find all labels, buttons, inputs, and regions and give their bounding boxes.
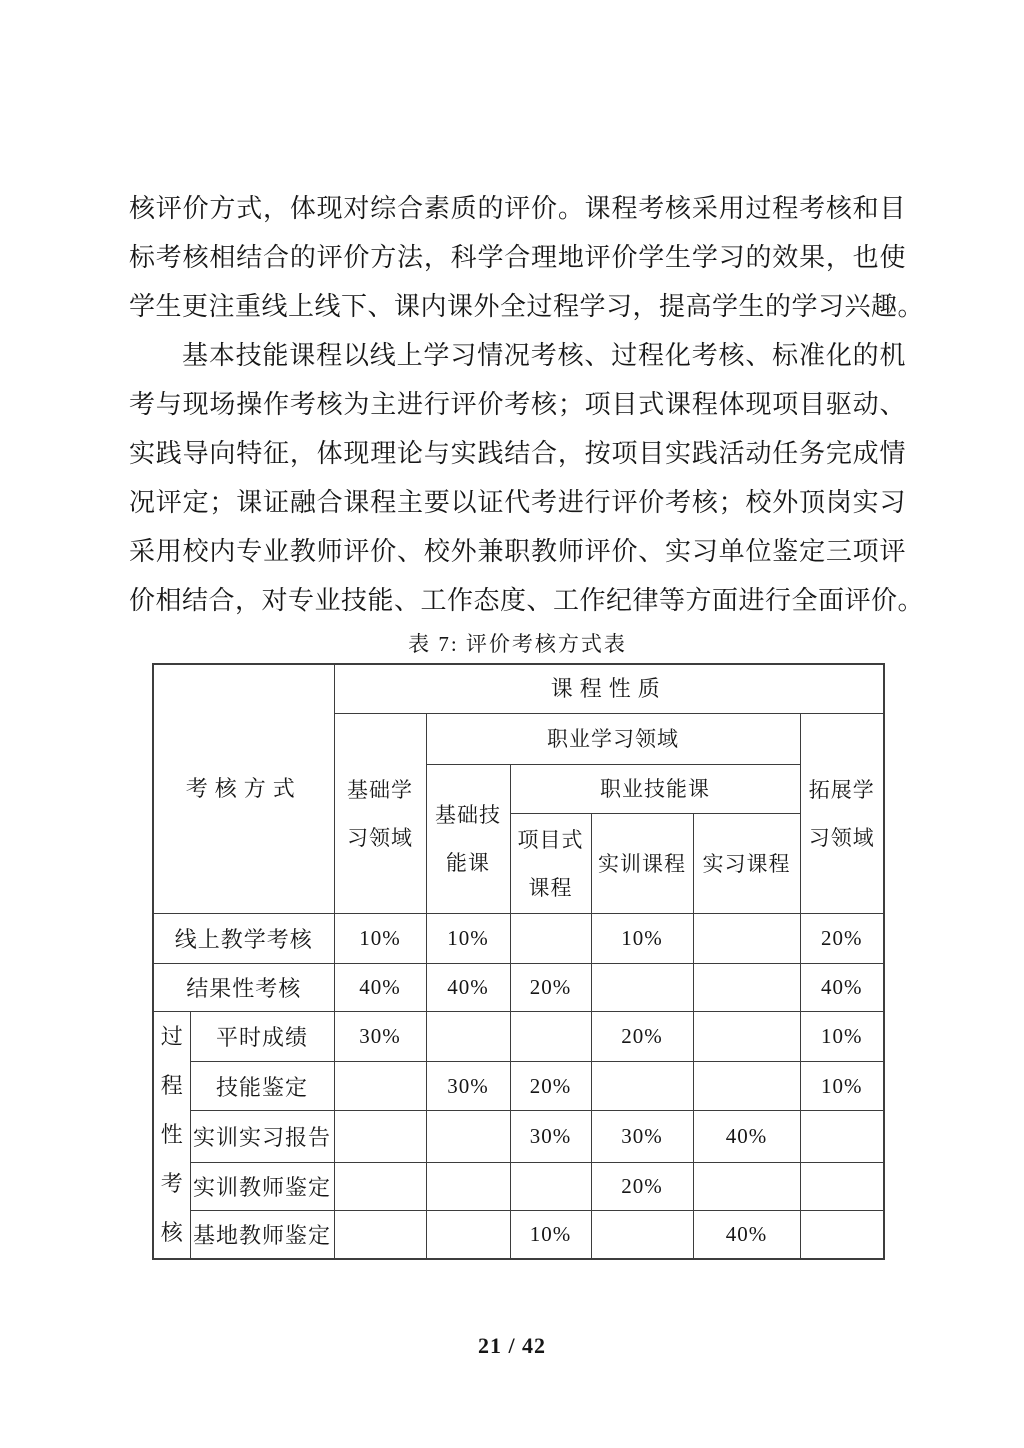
value-cell: 20%	[800, 914, 884, 964]
body-text: 核评价方式，体现对综合素质的评价。课程考核采用过程考核和目 标考核相结合的评价方…	[129, 184, 906, 625]
table-row: 实训教师鉴定 20%	[153, 1163, 884, 1211]
value-cell: 40%	[800, 964, 884, 1012]
value-cell: 40%	[693, 1211, 800, 1259]
header-training-course: 实训课程	[591, 814, 693, 914]
table-row: 基地教师鉴定 10% 40%	[153, 1211, 884, 1259]
value-cell	[510, 1012, 591, 1062]
row-label: 线上教学考核	[153, 914, 334, 964]
value-cell	[693, 1012, 800, 1062]
paragraph2-line1: 基本技能课程以线上学习情况考核、过程化考核、标准化的机	[129, 331, 906, 380]
paragraph2-line6: 价相结合，对专业技能、工作态度、工作纪律等方面进行全面评价。	[129, 576, 906, 625]
value-cell	[334, 1062, 426, 1111]
value-cell: 40%	[426, 964, 510, 1012]
value-cell: 10%	[591, 914, 693, 964]
value-cell: 30%	[334, 1012, 426, 1062]
value-cell	[693, 1062, 800, 1111]
value-cell: 30%	[591, 1111, 693, 1163]
value-cell: 40%	[693, 1111, 800, 1163]
paragraph1-line3: 学生更注重线上线下、课内课外全过程学习，提高学生的学习兴趣。	[129, 282, 906, 331]
paragraph2-line4: 况评定；课证融合课程主要以证代考进行评价考核；校外顶岗实习	[129, 478, 906, 527]
value-cell: 40%	[334, 964, 426, 1012]
header-expanded-learning-domain: 拓展学 习领域	[800, 714, 884, 914]
table-row: 结果性考核 40% 40% 20% 40%	[153, 964, 884, 1012]
value-cell	[334, 1111, 426, 1163]
paragraph2-line5: 采用校内专业教师评价、校外兼职教师评价、实习单位鉴定三项评	[129, 527, 906, 576]
value-cell	[426, 1211, 510, 1259]
value-cell: 20%	[591, 1163, 693, 1211]
page-number: 21 / 42	[0, 1333, 1024, 1359]
header-course-nature: 课程性质	[334, 664, 884, 714]
header-basic-learning-domain: 基础学 习领域	[334, 714, 426, 914]
row-label: 结果性考核	[153, 964, 334, 1012]
table-caption: 表 7: 评价考核方式表	[152, 627, 883, 661]
group-label-process-assessment: 过 程 性 考 核	[153, 1012, 190, 1259]
value-cell	[510, 1163, 591, 1211]
value-cell	[800, 1211, 884, 1259]
value-cell	[800, 1163, 884, 1211]
table-row: 过 程 性 考 核 平时成绩 30% 20% 10%	[153, 1012, 884, 1062]
value-cell	[693, 1163, 800, 1211]
value-cell	[693, 914, 800, 964]
value-cell	[510, 914, 591, 964]
paragraph2-line3: 实践导向特征，体现理论与实践结合，按项目实践活动任务完成情	[129, 429, 906, 478]
table-row: 实训实习报告 30% 30% 40%	[153, 1111, 884, 1163]
value-cell	[591, 1062, 693, 1111]
value-cell	[334, 1163, 426, 1211]
document-page: 核评价方式，体现对综合素质的评价。课程考核采用过程考核和目 标考核相结合的评价方…	[0, 0, 1024, 1448]
row-label: 基地教师鉴定	[190, 1211, 334, 1259]
paragraph1-line1: 核评价方式，体现对综合素质的评价。课程考核采用过程考核和目	[129, 184, 906, 233]
value-cell: 10%	[426, 914, 510, 964]
value-cell	[426, 1163, 510, 1211]
value-cell: 10%	[334, 914, 426, 964]
value-cell: 20%	[510, 964, 591, 1012]
row-label: 实训教师鉴定	[190, 1163, 334, 1211]
row-label: 技能鉴定	[190, 1062, 334, 1111]
value-cell: 10%	[800, 1062, 884, 1111]
header-vocational-learning-domain: 职业学习领域	[426, 714, 800, 765]
paragraph2-line2: 考与现场操作考核为主进行评价考核；项目式课程体现项目驱动、	[129, 380, 906, 429]
value-cell: 10%	[800, 1012, 884, 1062]
value-cell	[800, 1111, 884, 1163]
header-project-course: 项目式 课程	[510, 814, 591, 914]
header-internship-course: 实习课程	[693, 814, 800, 914]
table-row: 线上教学考核 10% 10% 10% 20%	[153, 914, 884, 964]
assessment-method-table: 考核方式 课程性质 基础学 习领域 职业学习领域 拓展学 习领域 基础技 能课 …	[152, 663, 885, 1260]
row-label: 平时成绩	[190, 1012, 334, 1062]
row-label: 实训实习报告	[190, 1111, 334, 1163]
value-cell: 30%	[510, 1111, 591, 1163]
header-basic-skill-course: 基础技 能课	[426, 765, 510, 914]
value-cell	[334, 1211, 426, 1259]
value-cell	[693, 964, 800, 1012]
value-cell: 10%	[510, 1211, 591, 1259]
header-assess-method: 考核方式	[153, 664, 334, 914]
value-cell: 30%	[426, 1062, 510, 1111]
value-cell	[591, 1211, 693, 1259]
value-cell	[426, 1111, 510, 1163]
value-cell: 20%	[510, 1062, 591, 1111]
paragraph1-line2: 标考核相结合的评价方法，科学合理地评价学生学习的效果，也使	[129, 233, 906, 282]
value-cell	[426, 1012, 510, 1062]
header-vocational-skill-course: 职业技能课	[510, 765, 800, 814]
value-cell: 20%	[591, 1012, 693, 1062]
table-row: 技能鉴定 30% 20% 10%	[153, 1062, 884, 1111]
value-cell	[591, 964, 693, 1012]
